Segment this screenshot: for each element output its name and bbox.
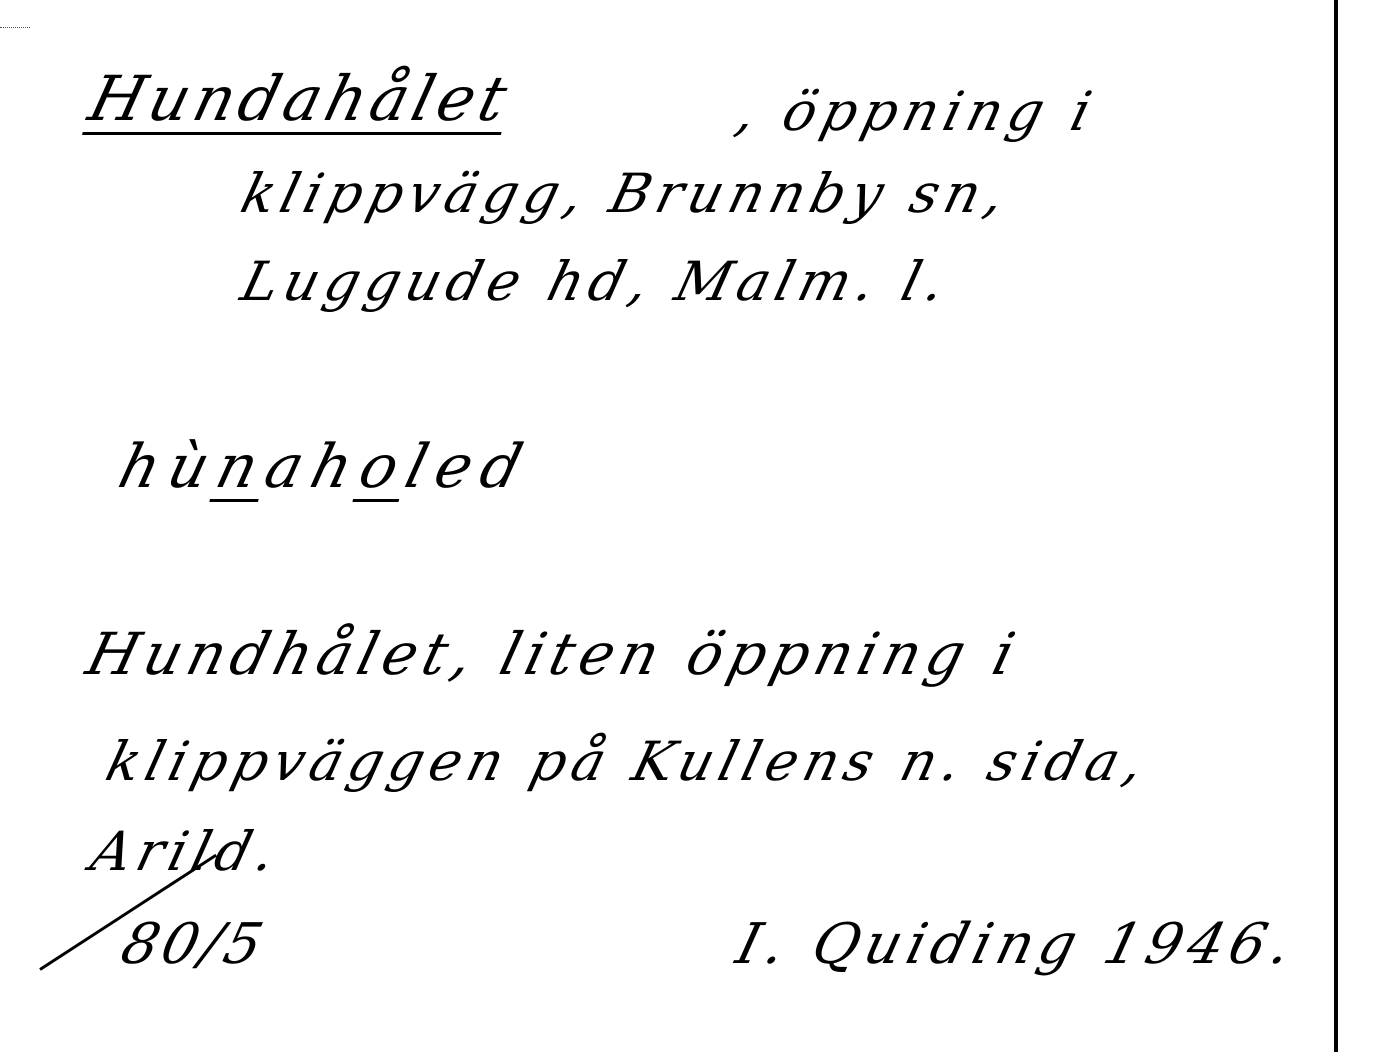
description-line-2: klippvägg, Brunnby sn,	[235, 162, 1017, 225]
dialect-seg-5: led	[399, 432, 540, 502]
reference-number: 80/5	[115, 912, 273, 977]
dialect-seg-3: ah	[258, 432, 370, 502]
description-line-1: , öppning i	[730, 80, 1104, 143]
signature: I. Quiding 1946.	[730, 912, 1304, 977]
card-edge-line	[1334, 0, 1338, 1052]
archive-card: Hundahålet , öppning i klippvägg, Brunnb…	[0, 0, 1373, 1052]
dialect-seg-1: hù	[112, 432, 227, 502]
note-line-2: klippväggen på Kullens n. sida,	[100, 730, 1156, 793]
note-line-1: Hundhålet, liten öppning i	[80, 620, 1027, 688]
scan-artifact	[0, 27, 30, 29]
description-line-3: Luggude hd, Malm. l.	[235, 250, 957, 313]
headword: Hundahålet	[82, 62, 519, 135]
dialect-form: hùnaholed	[112, 432, 539, 502]
